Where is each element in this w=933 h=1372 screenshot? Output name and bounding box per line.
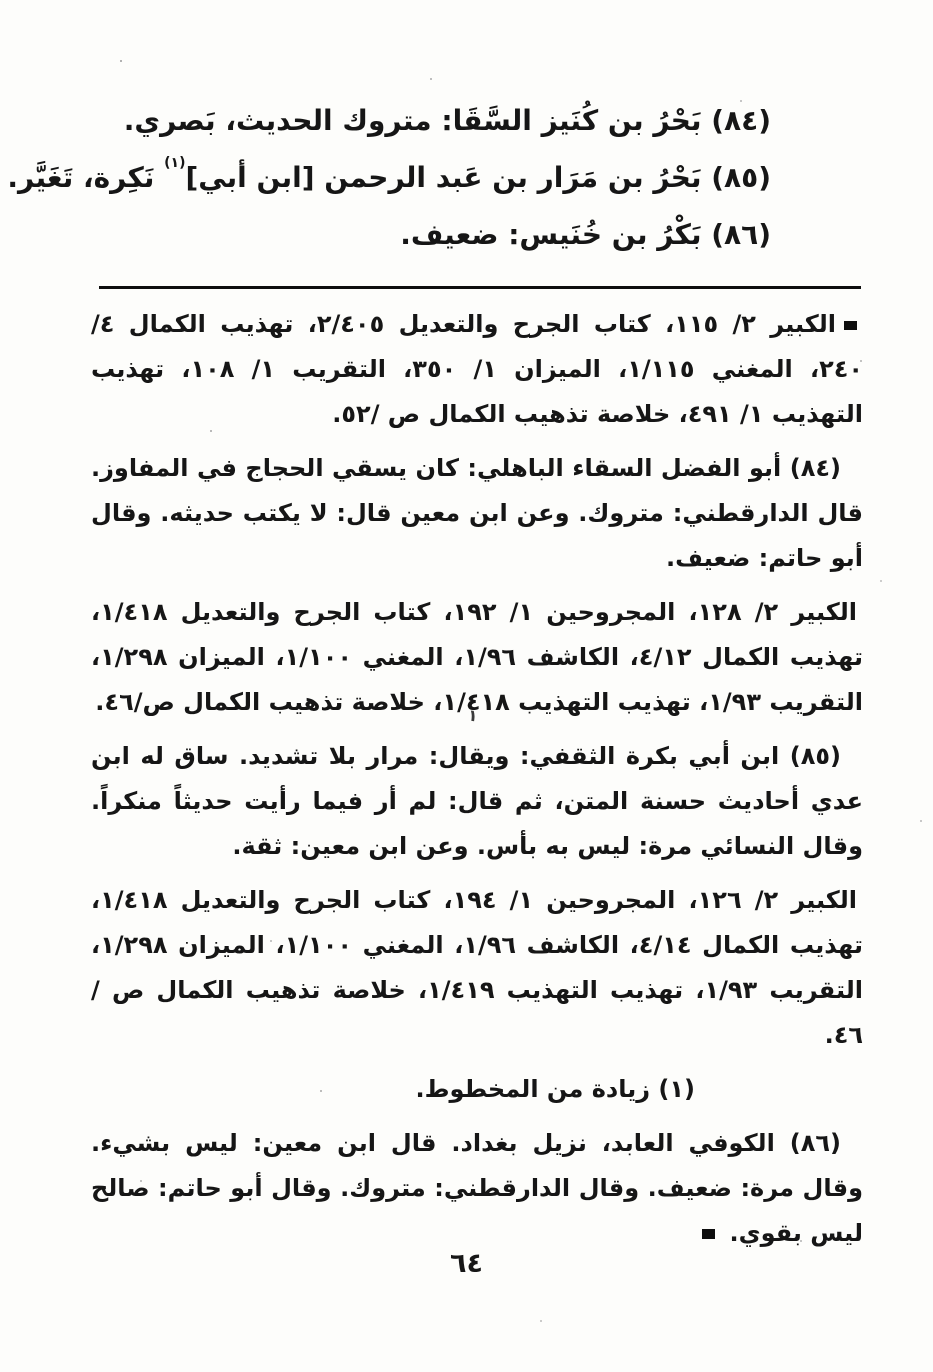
commentary-entry-85-text: ابن أبي بكرة الثقفي: ويقال: مرار بلا تشد… [91, 742, 863, 860]
footnote-marker-1: (١) [164, 155, 185, 171]
entry-84-text: بَحْرُ بن كُنَيز السَّقَا: متروك الحديث،… [124, 104, 702, 137]
main-entries-block: (٨٤) بَحْرُ بن كُنَيز السَّقَا: متروك ال… [181, 92, 771, 263]
commentary-entry-85-number: (٨٥) [790, 742, 841, 770]
entry-84-line: (٨٤) بَحْرُ بن كُنَيز السَّقَا: متروك ال… [181, 92, 771, 149]
commentary-entry-86-number: (٨٦) [790, 1129, 841, 1157]
manuscript-addition-note: (١) زيادة من المخطوط. [91, 1067, 863, 1112]
scan-noise-speckles [120, 60, 122, 62]
manuscript-note-number: (١) [658, 1075, 695, 1103]
commentary-entry-86: (٨٦) الكوفي العابد، نزيل بغداد. قال ابن … [91, 1121, 863, 1256]
reference-block-2-text: الكبير ٢/ ١٢٨، المجروحين ١/ ١٩٢، كتاب ال… [91, 598, 863, 716]
reference-dash-marker [844, 321, 857, 330]
reference-block-1: الكبير ٢/ ١١٥، كتاب الجرح والتعديل ٢/٤٠٥… [91, 302, 863, 437]
scanned-book-page: (٨٤) بَحْرُ بن كُنَيز السَّقَا: متروك ال… [0, 0, 933, 1372]
commentary-entry-86-text: الكوفي العابد، نزيل بغداد. قال ابن معين:… [91, 1129, 863, 1247]
footnote-area: الكبير ٢/ ١١٥، كتاب الجرح والتعديل ٢/٤٠٥… [91, 302, 863, 1265]
commentary-entry-85: (٨٥) ابن أبي بكرة الثقفي: ويقال: مرار بل… [91, 734, 863, 869]
footnote-separator-rule [99, 286, 861, 289]
entry-85-number: (٨٥) [711, 161, 771, 194]
reference-block-3-text: الكبير ٢/ ١٢٦، المجروحين ١/ ١٩٤، كتاب ال… [91, 886, 863, 1049]
manuscript-note-text: زيادة من المخطوط. [415, 1075, 650, 1103]
entry-86-line: (٨٦) بَكْرُ بن خُنَيس: ضعيف. [181, 206, 771, 263]
page-number: ٦٤ [0, 1248, 933, 1279]
entry-86-number: (٨٦) [711, 218, 771, 251]
reference-block-3: الكبير ٢/ ١٢٦، المجروحين ١/ ١٩٤، كتاب ال… [91, 878, 863, 1058]
commentary-entry-84-number: (٨٤) [790, 454, 841, 482]
commentary-entry-84: (٨٤) أبو الفضل السقاء الباهلي: كان يسقي … [91, 446, 863, 581]
entry-86-text: بَكْرُ بن خُنَيس: ضعيف. [400, 218, 701, 251]
commentary-entry-84-text: أبو الفضل السقاء الباهلي: كان يسقي الحجا… [91, 454, 863, 572]
end-of-section-square-mark [702, 1229, 715, 1239]
entry-85-line: (٨٥) بَحْرُ بن مَرَار بن عَبد الرحمن [اب… [181, 149, 771, 206]
reference-block-1-text: الكبير ٢/ ١١٥، كتاب الجرح والتعديل ٢/٤٠٥… [91, 310, 863, 428]
entry-85-text-before-marker: بَحْرُ بن مَرَار بن عَبد الرحمن [ابن أبي… [185, 161, 701, 194]
entry-85-text-after-marker: نَكِرة، تَغَيَّر. [7, 161, 154, 194]
entry-84-number: (٨٤) [711, 104, 771, 137]
reference-block-2: الكبير ٢/ ١٢٨، المجروحين ١/ ١٩٢، كتاب ال… [91, 590, 863, 725]
